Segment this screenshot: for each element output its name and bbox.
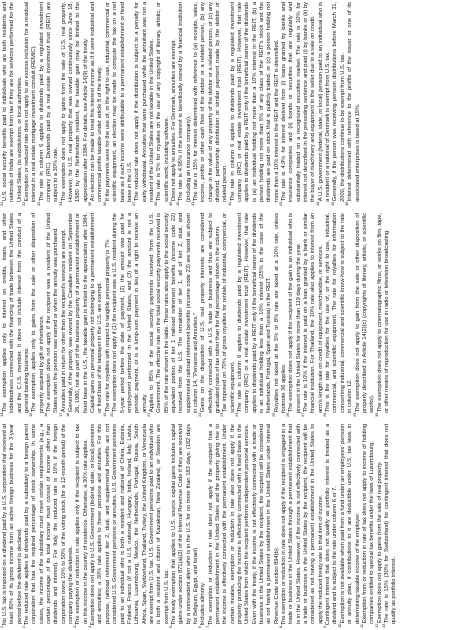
footnote-text: Annuities paid in return for other than … (61, 229, 67, 412)
footnote-text: A U.S. government (federal, state, or lo… (318, 2, 331, 202)
footnote-text: Exemption or reduced rate does not apply… (24, 2, 37, 202)
footnote-item: 3The exemption or reduction in rate appl… (75, 424, 90, 628)
footnote-item: 8The exemption or reduction in rate does… (281, 424, 325, 628)
footnote-number: 17 (58, 412, 63, 417)
footnote-text: Tax imposed on 70% of gross royalties fo… (222, 213, 235, 413)
footnote-item: 25Royalties not taxed at the 5% or 8% ra… (274, 213, 289, 417)
footnote-number: 4 (87, 625, 92, 628)
footnote-item: 42The rate in column 6 applies to divide… (230, 2, 281, 206)
footnote-column-2: 14The exemption applies only to interest… (2, 213, 476, 417)
footnote-column-1: 1No U.S. tax is imposed on a dividend pa… (2, 424, 476, 628)
footnote-item: 10Exemption is not available when paid f… (340, 424, 362, 628)
footnote-number: 32 (21, 201, 26, 206)
footnote-item: 20The exemption does not apply if (1) th… (112, 213, 149, 417)
footnote-text: The rate in column 6 applies to dividend… (237, 213, 272, 413)
footnote-text: U.S. social security benefits paid to in… (2, 2, 23, 202)
footnote-text: Exemption is not available when paid fro… (340, 424, 361, 624)
footnote-text: The reduced rate does not apply if the d… (134, 2, 155, 202)
footnote-text: The rate in column 6 applies to dividend… (230, 2, 280, 202)
footnote-number: 9 (322, 625, 327, 628)
footnote-item: 4Exemption does not apply to U.S. Govern… (90, 424, 171, 628)
footnote-text: The exemption applies only to gains from… (31, 213, 44, 413)
footnote-item: 15The exemption applies only to gains fr… (31, 213, 46, 417)
footnote-item: 43The rate is 4.9% for interest derived … (281, 2, 318, 206)
footnote-text: The rate is 10% if the interest is paid … (303, 213, 324, 413)
footnote-text: Does not apply to annuities. For Denmark… (171, 39, 177, 201)
footnote-text: The reduced rate applies to dividends pa… (24, 424, 74, 625)
footnote-number: 19 (102, 412, 107, 417)
footnote-item: 36If the payments were for the use of, o… (105, 2, 134, 206)
footnote-number: 40 (175, 201, 180, 206)
footnote-number: 46 (344, 201, 349, 206)
footnote-number: 14 (0, 412, 4, 417)
footnote-item: 38The rate is 5% for royalties on the us… (156, 2, 171, 206)
footnote-number: 25 (271, 412, 276, 417)
footnote-item: 14The exemption applies only to interest… (2, 213, 31, 417)
footnote-text: The exemption does not apply to gain fro… (355, 213, 376, 413)
footnote-number: 41 (190, 201, 195, 206)
footnote-number: 33 (36, 201, 41, 206)
footnote-number: 28 (322, 412, 327, 417)
footnote-item: 37The reduced rate does not apply if the… (134, 2, 156, 206)
footnote-number: 3 (72, 625, 77, 628)
footnote-item: 9Contingent interest that does not quali… (325, 424, 340, 628)
footnote-item: 6Includes alimony. (200, 424, 207, 628)
footnote-text: The exemption does not apply if the reci… (46, 213, 59, 413)
footnote-text: The rate for royalties with respect to t… (105, 238, 111, 412)
footnote-item: 34The exemption does not apply to gains … (61, 2, 90, 206)
document-page: 1No U.S. tax is imposed on a dividend pa… (0, 0, 476, 630)
footnote-text: Royalties not taxed at the 5% or 8% rate… (274, 213, 287, 413)
footnote-item: 46Interest determined with reference to … (347, 2, 362, 206)
footnote-number: 1 (0, 625, 4, 628)
footnote-text: Includes alimony. (200, 582, 206, 625)
footnote-item: 44A U.S. government (federal, state, or … (318, 2, 333, 206)
footnote-number: 8 (278, 625, 283, 628)
footnote-number: 44 (315, 201, 320, 206)
footnote-item: 17Annuities paid in return for other tha… (61, 213, 68, 417)
footnote-text: Exemption does not apply to U.S. Governm… (90, 424, 169, 625)
footnote-item: 29The exemption does not apply to gain f… (355, 213, 377, 417)
footnote-text: If the payments were for the use of, or … (105, 2, 133, 202)
footnote-item: 24The rate in column 6 applies to divide… (237, 213, 274, 417)
footnote-item: 40The rate is 4.95% if the interest is b… (178, 2, 193, 206)
footnote-text: Exemption from or reduction in rate of t… (362, 424, 375, 624)
footnote-number: 12 (374, 623, 379, 628)
footnote-number: 39 (168, 201, 173, 206)
footnote-number: 10 (337, 623, 342, 628)
footnote-text: Gains on the disposition of U.S. real pr… (200, 213, 221, 413)
footnote-item: 26The exemption does not apply if the re… (288, 213, 303, 417)
footnote-item: 7The exemption or reduction in rate does… (208, 424, 281, 628)
footnote-item: 23Tax imposed on 70% of gross royalties … (222, 213, 237, 417)
footnote-number: 29 (352, 412, 357, 417)
footnote-text: Generally, if the property was owned by … (68, 213, 103, 413)
footnote-text: An election can be made to treat this in… (90, 2, 103, 202)
footnote-item: 27The rate is 10% if the interest is pai… (303, 213, 325, 417)
footnote-number: 11 (359, 624, 364, 628)
footnote-text: The rate is 15% (30% for Switzerland) fo… (384, 424, 397, 624)
footnote-text: The exemption does not apply if the reci… (288, 213, 301, 413)
footnote-number: 42 (227, 201, 232, 206)
footnote-text: The exemption or reduction in rate appli… (75, 424, 88, 625)
footnote-text: No U.S. tax is imposed on a dividend pai… (2, 424, 23, 625)
footnote-item: 13The rate is 15% (30% for Switzerland) … (384, 424, 399, 628)
footnote-number: 6 (197, 625, 202, 628)
footnote-item: 2The reduced rate applies to dividends p… (24, 424, 75, 628)
footnote-text: The rate is 4.9% for interest derived fr… (281, 2, 316, 202)
footnote-item: 45Generally, if the person was receiving… (332, 2, 347, 206)
footnote-number: 27 (300, 412, 305, 417)
footnote-item: 11Exemption from or reduction in rate of… (362, 424, 377, 628)
footnote-number: 34 (58, 201, 63, 206)
footnote-text: The rate in column 6 applies to dividend… (39, 2, 60, 202)
rotated-footnotes-page: 1No U.S. tax is imposed on a dividend pa… (0, 0, 476, 630)
footnote-text: The exemption or reduction in rate does … (208, 424, 280, 625)
footnote-text: The exemption does not apply to gains fr… (61, 2, 89, 202)
footnote-item: 18Generally, if the property was owned b… (68, 213, 105, 417)
footnote-number: 37 (131, 201, 136, 206)
footnote-number: 18 (65, 412, 70, 417)
footnote-number: 22 (197, 412, 202, 417)
footnote-number: 15 (28, 412, 33, 417)
footnote-text: Applies to 85% of the social security pa… (149, 213, 199, 413)
footnote-number: 16 (43, 412, 48, 417)
footnote-text: The exemption does not apply to cinemato… (377, 213, 390, 413)
footnote-number: 35 (87, 201, 92, 206)
footnote-number: 24 (234, 412, 239, 417)
footnote-number: 38 (153, 201, 158, 206)
footnote-item: 32Exemption or reduced rate does not app… (24, 2, 39, 206)
footnote-item: 21Applies to 85% of the social security … (149, 213, 200, 417)
footnote-text: The exemption or reduction in rate does … (281, 424, 324, 625)
footnote-number: 26 (285, 412, 290, 417)
footnote-item: 35An election can be made to treat this … (90, 2, 105, 206)
footnote-number: 13 (381, 623, 386, 628)
footnote-number: 43 (278, 201, 283, 206)
footnote-item: 22Gains on the disposition of U.S. real … (200, 213, 222, 417)
footnote-text: Contingent interest that does not qualif… (325, 424, 338, 625)
footnote-text: The rate is 4.95% if the interest is ben… (178, 2, 191, 202)
footnote-number: 21 (146, 412, 151, 417)
footnote-item: 5The treaty exemption that applies to U.… (171, 424, 200, 628)
footnote-text: The exemption does not apply if (1) the … (112, 213, 147, 413)
footnote-item: 33The rate in column 6 applies to divide… (39, 2, 61, 206)
footnote-item: 28This is the rate for royalties for the… (325, 213, 354, 417)
footnote-text: Interest determined with reference to th… (347, 2, 360, 202)
footnote-item: 31U.S. social security benefits paid to … (2, 2, 24, 206)
footnote-number: 23 (219, 412, 224, 417)
footnote-text: The rate is 5% for royalties on the use … (156, 2, 169, 202)
footnote-column-3: 31U.S. social security benefits paid to … (2, 2, 476, 206)
footnote-number: 31 (0, 201, 4, 206)
footnote-text: The rate is 15% for interest determined … (193, 2, 228, 202)
footnote-item: 41The rate is 15% for interest determine… (193, 2, 230, 206)
footnote-item: 30The exemption does not apply to cinema… (377, 213, 392, 417)
footnote-number: 5 (168, 625, 173, 628)
footnote-item: 1No U.S. tax is imposed on a dividend pa… (2, 424, 24, 628)
footnote-text: Exemption does not apply to gains from t… (377, 462, 383, 624)
footnote-number: 36 (102, 201, 107, 206)
footnote-number: 2 (21, 625, 26, 628)
footnote-text: The exemption applies only to interest o… (2, 213, 30, 413)
footnote-number: 20 (109, 412, 114, 417)
footnote-number: 30 (374, 412, 379, 417)
footnote-item: 12Exemption does not apply to gains from… (377, 424, 384, 628)
footnote-text: Generally, if the person was receiving p… (332, 2, 345, 202)
footnote-text: This is the rate for royalties for the u… (325, 213, 353, 413)
footnote-number: 7 (205, 625, 210, 628)
footnote-number: 45 (330, 201, 335, 206)
footnote-item: 16The exemption does not apply if the re… (46, 213, 61, 417)
footnote-text: The treaty exemption that applies to U.S… (171, 424, 199, 625)
